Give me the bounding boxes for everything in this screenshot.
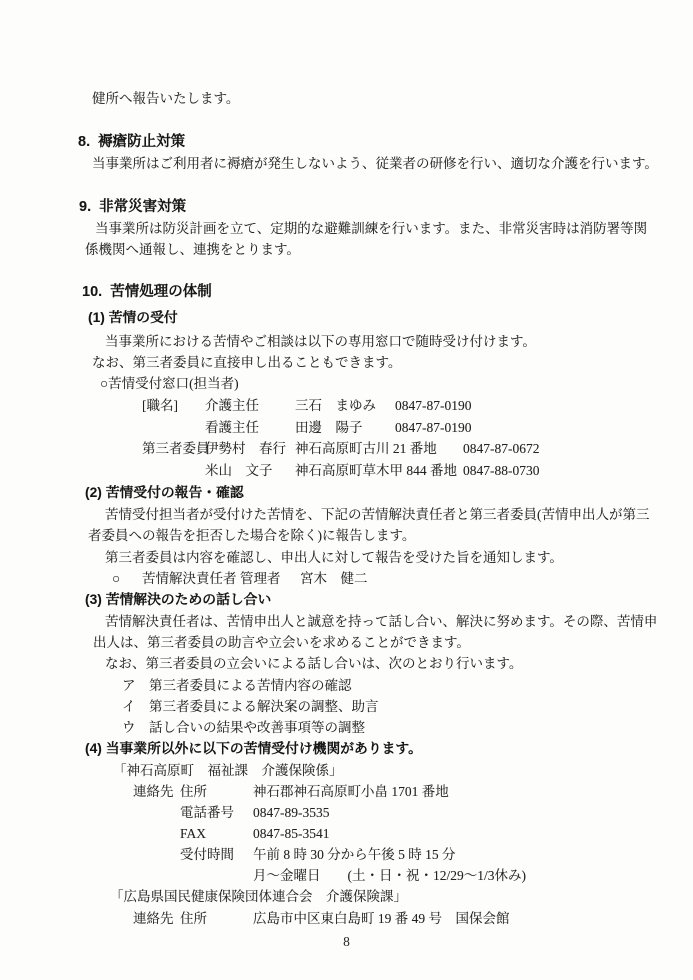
contact-phone: 0847-87-0190 [395, 395, 693, 417]
contact-name: 伊勢村 春行 [205, 438, 295, 460]
org-row-label [133, 844, 180, 865]
org1-row: 連絡先 住所 神石郡神石高原町小畠 1701 番地 [133, 781, 693, 802]
contact-address: 神石高原町草木甲 844 番地 [295, 460, 463, 482]
sub1-line1: 当事業所における苦情やご相談は以下の専用窓口で随時受け付けます。 [105, 331, 693, 352]
contact-label: 第三者委員 [142, 438, 205, 460]
org1-row: FAX 0847-85-3541 [133, 823, 693, 844]
contact-phone: 0847-87-0672 [463, 438, 693, 460]
contact-address: 神石高原町古川 21 番地 [295, 438, 463, 460]
sub1-heading: (1) 苦情の受付 [88, 307, 693, 329]
org-row-value: 神石郡神石高原町小畠 1701 番地 [253, 781, 693, 802]
org1-name: 「神石高原町 福祉課 介護保険係」 [113, 760, 693, 781]
contact-phone: 0847-87-0190 [395, 417, 693, 439]
org1-row: 月～金曜日 (土・日・祝・12/29～1/3休み) [133, 865, 693, 886]
sub2-line2: 者委員への報告を拒否した場合を除く)に報告します。 [88, 525, 693, 546]
list-item-u: ウ 話し合いの結果や改善事項等の調整 [122, 717, 693, 738]
org-row-value: 0847-85-3541 [253, 823, 693, 844]
resolver-label: 苦情解決責任者 [142, 568, 240, 589]
sub4-heading: (4) 当事業所以外に以下の苦情受付け機関があります。 [85, 738, 693, 760]
org-row-field: FAX [180, 823, 253, 844]
complaint-contact-row: 第三者委員 伊勢村 春行 神石高原町古川 21 番地 0847-87-0672 [142, 438, 693, 460]
org-row-field: 受付時間 [180, 844, 253, 865]
sub2-line1: 苦情受付担当者が受付けた苦情を、下記の苦情解決責任者と第三者委員(苦情申出人が第… [105, 504, 693, 525]
continuation-line: 健所へ報告いたします。 [92, 88, 693, 109]
org-row-field: 住所 [180, 781, 253, 802]
org-row-label [133, 865, 180, 886]
contact-name: 米山 文子 [205, 460, 295, 482]
contact-name: 三石 まゆみ [295, 395, 395, 417]
sub1-line2: なお、第三者委員に直接申し出ることもできます。 [92, 352, 693, 373]
sub2-heading: (2) 苦情受付の報告・確認 [85, 482, 693, 504]
org2-name: 「広島県国民健康保険団体連合会 介護保険課」 [110, 886, 693, 907]
section-10-heading: 10. 苦情処理の体制 [82, 281, 693, 303]
section-8-body: 当事業所はご利用者に褥瘡が発生しないよう、従業者の研修を行い、適切な介護を行いま… [92, 153, 693, 174]
org-row-label: 連絡先 [133, 781, 180, 802]
org-row-field: 住所 [180, 908, 253, 929]
org-row-label [133, 823, 180, 844]
org-row-field: 電話番号 [180, 802, 253, 823]
complaint-contact-row: [職名] 介護主任 三石 まゆみ 0847-87-0190 [142, 395, 693, 417]
sub3-line1: 苦情解決責任者は、苦情申出人と誠意を持って話し合い、解決に努めます。その際、苦情… [105, 611, 693, 632]
circle-mark: ○ [112, 568, 142, 589]
resolver-role: 管理者 [240, 568, 300, 589]
list-item-i: イ 第三者委員による解決案の調整、助言 [122, 696, 693, 717]
org-row-value: 月～金曜日 (土・日・祝・12/29～1/3休み) [253, 865, 693, 886]
contact-label: [職名] [142, 395, 205, 417]
resolver-line: ○ 苦情解決責任者 管理者 宮木 健二 [112, 568, 693, 589]
contact-label [142, 417, 205, 439]
org-row-value: 0847-89-3535 [253, 802, 693, 823]
complaint-contact-row: 看護主任 田邊 陽子 0847-87-0190 [142, 417, 693, 439]
org1-row: 受付時間 午前 8 時 30 分から午後 5 時 15 分 [133, 844, 693, 865]
contact-name: 田邊 陽子 [295, 417, 395, 439]
org1-row: 電話番号 0847-89-3535 [133, 802, 693, 823]
org-row-label [133, 802, 180, 823]
contact-role: 介護主任 [205, 395, 295, 417]
sub2-line3: 第三者委員は内容を確認し、申出人に対して報告を受けた旨を通知します。 [105, 547, 693, 568]
section-8-heading: 8. 褥瘡防止対策 [78, 131, 693, 153]
section-9-line2: 係機関へ通報し、連携をとります。 [85, 239, 693, 260]
list-item-a: ア 第三者委員による苦情内容の確認 [122, 675, 693, 696]
contact-role: 看護主任 [205, 417, 295, 439]
sub3-line3: なお、第三者委員の立会いによる話し合いは、次のとおり行います。 [105, 653, 693, 674]
complaint-contact-row: 米山 文子 神石高原町草木甲 844 番地 0847-88-0730 [142, 460, 693, 482]
section-9-heading: 9. 非常災害対策 [79, 196, 693, 218]
sub1-line3: ○苦情受付窓口(担当者) [100, 373, 693, 394]
contact-label [142, 460, 205, 482]
resolver-name: 宮木 健二 [300, 568, 368, 589]
document-page: 健所へ報告いたします。 8. 褥瘡防止対策 当事業所はご利用者に褥瘡が発生しない… [0, 0, 693, 980]
org-row-label: 連絡先 [133, 908, 180, 929]
sub3-heading: (3) 苦情解決のための話し合い [85, 589, 693, 611]
org-row-field [180, 865, 253, 886]
section-9-line1: 当事業所は防災計画を立て、定期的な避難訓練を行います。また、非常災害時は消防署等… [95, 218, 693, 239]
sub3-line2: 出人は、第三者委員の助言や立会いを求めることができます。 [93, 632, 693, 653]
page-number: 8 [0, 931, 693, 952]
org-row-value: 午前 8 時 30 分から午後 5 時 15 分 [253, 844, 693, 865]
org-row-value: 広島市中区東白島町 19 番 49 号 国保会館 [253, 908, 693, 929]
contact-phone: 0847-88-0730 [463, 460, 693, 482]
org2-row: 連絡先 住所 広島市中区東白島町 19 番 49 号 国保会館 [133, 908, 693, 929]
